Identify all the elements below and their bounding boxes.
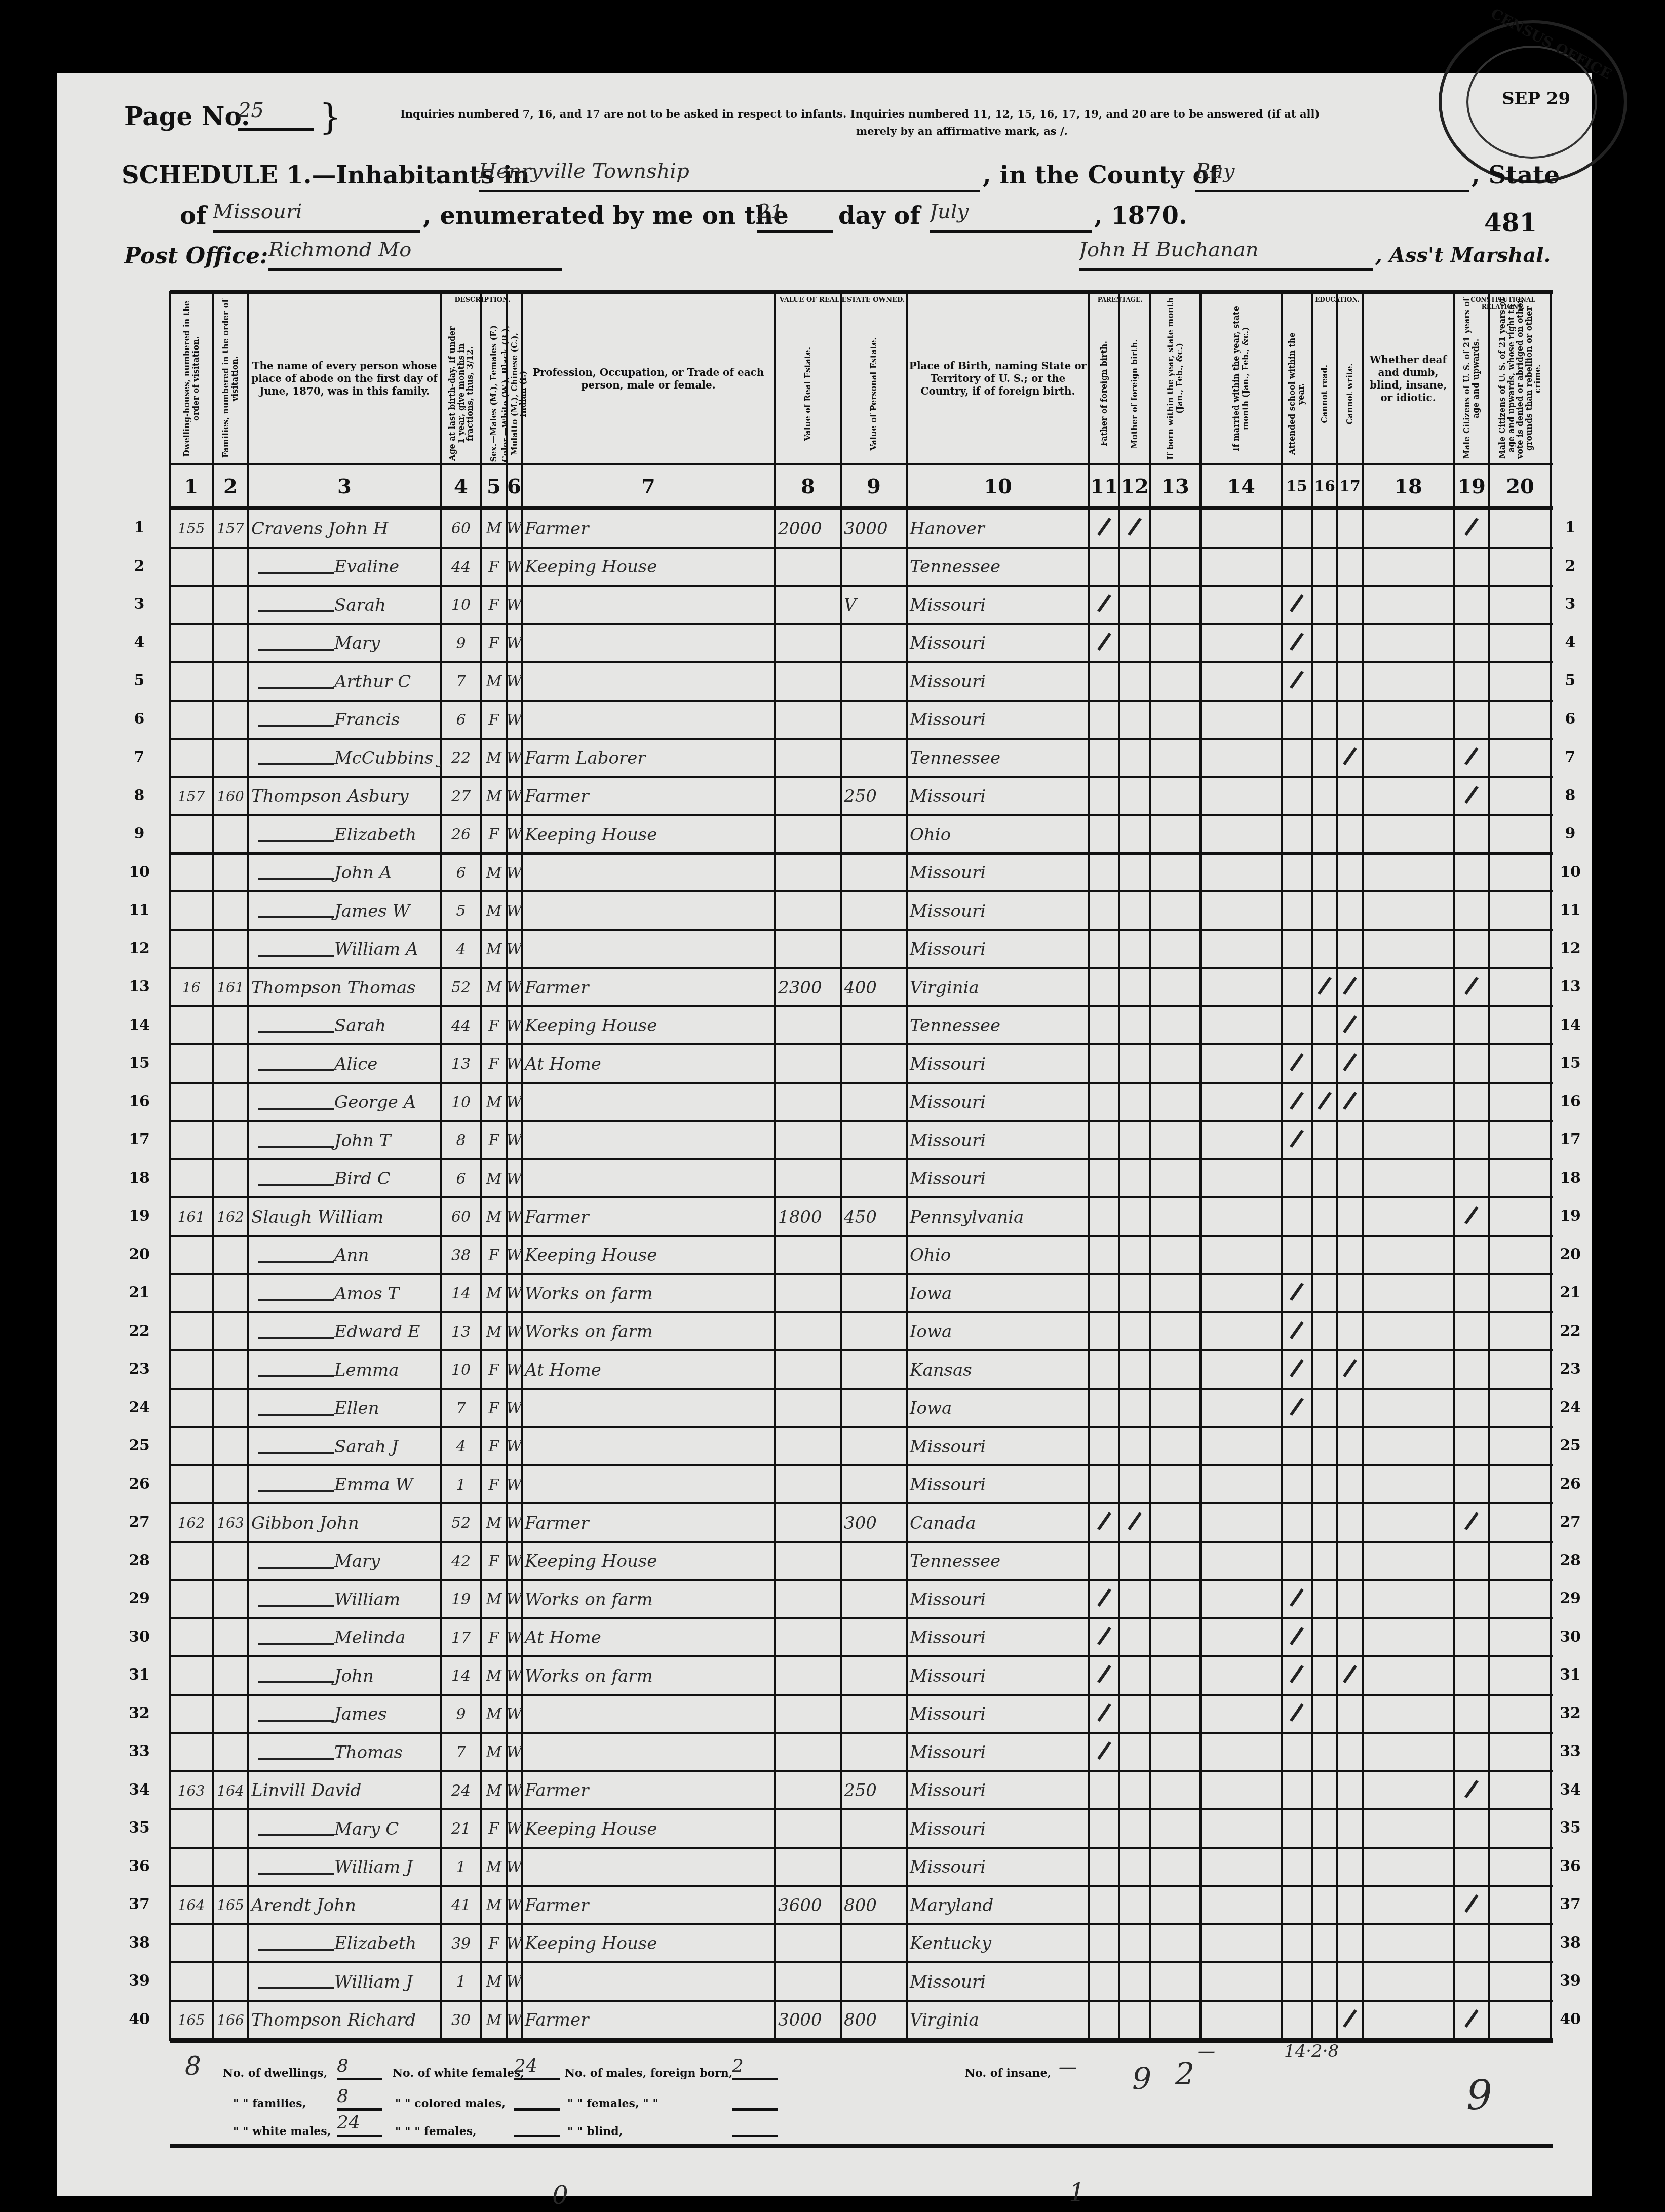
cell-sex: F	[481, 1351, 507, 1389]
cell-family	[213, 1389, 248, 1427]
cell-personal-estate	[841, 1925, 907, 1963]
cell-color: W	[507, 1198, 522, 1236]
cell-sex: M	[481, 1160, 507, 1198]
line-number-right: 31	[1555, 1666, 1585, 1684]
cell-birthplace: Missouri	[907, 1695, 1089, 1733]
cell-sex: M	[481, 968, 507, 1006]
cell-dwelling: 164	[170, 1886, 213, 1924]
cell-occupation: Works on farm	[522, 1580, 775, 1618]
line-number-right: 24	[1555, 1399, 1585, 1416]
column-header-label: Mother of foreign birth.	[1130, 339, 1139, 449]
cell-real-estate	[775, 1848, 841, 1886]
cell-birthplace: Missouri	[907, 586, 1089, 624]
cell-birthplace: Pennsylvania	[907, 1198, 1089, 1236]
cell-personal-estate	[841, 1007, 907, 1045]
cell-birthplace: Missouri	[907, 701, 1089, 739]
cell-occupation	[522, 1083, 775, 1121]
cell-age: 21	[441, 1810, 481, 1848]
cell-family	[213, 816, 248, 853]
cell-birthplace: Virginia	[907, 968, 1089, 1006]
cell-name: Slaugh William	[248, 1198, 441, 1236]
cell-occupation: Farmer	[522, 1772, 775, 1810]
cell-personal-estate	[841, 625, 907, 663]
cell-name: Sarah	[248, 586, 441, 624]
cell-personal-estate: 800	[841, 2001, 907, 2039]
column-number: 6	[507, 469, 522, 504]
column-rule	[1453, 291, 1455, 2041]
cell-real-estate	[775, 1733, 841, 1771]
cell-color: W	[507, 1045, 522, 1083]
cell-age: 8	[441, 1121, 481, 1159]
table-top-border	[170, 290, 1553, 294]
cell-dwelling	[170, 1236, 213, 1274]
column-header-label: Male Citizens of U. S. of 21 years of ag…	[1498, 294, 1542, 463]
cell-sex: F	[481, 1542, 507, 1580]
cell-color: W	[507, 778, 522, 816]
cell-sex: M	[481, 930, 507, 968]
cell-color: W	[507, 1427, 522, 1465]
cell-age: 19	[441, 1580, 481, 1618]
enumerated-label: , enumerated by me on the	[423, 202, 789, 230]
cell-age: 38	[441, 1236, 481, 1274]
cell-real-estate	[775, 1657, 841, 1695]
cell-family: 160	[213, 778, 248, 816]
cell-name: Linvill David	[248, 1772, 441, 1810]
cell-birthplace: Ohio	[907, 816, 1089, 853]
cell-real-estate	[775, 1504, 841, 1542]
line-number-right: 37	[1555, 1895, 1585, 1913]
column-header-18: Whether deaf and dumb, blind, insane, or…	[1363, 294, 1454, 463]
cell-personal-estate	[841, 1274, 907, 1312]
white-females-label: No. of white females,	[393, 2067, 524, 2080]
cell-dwelling	[170, 1733, 213, 1771]
cell-occupation	[522, 1121, 775, 1159]
cell-personal-estate	[841, 1121, 907, 1159]
cell-birthplace: Tennessee	[907, 1542, 1089, 1580]
cell-age: 17	[441, 1619, 481, 1657]
cell-real-estate	[775, 1351, 841, 1389]
cell-name: Elizabeth	[248, 1925, 441, 1963]
line-number-left: 20	[124, 1246, 154, 1263]
line-number-left: 10	[124, 863, 154, 881]
cell-age: 26	[441, 816, 481, 853]
cell-occupation: Farmer	[522, 778, 775, 816]
cell-sex: F	[481, 1925, 507, 1963]
cell-color: W	[507, 1121, 522, 1159]
column-number: 2	[213, 469, 248, 504]
cell-occupation: Keeping House	[522, 548, 775, 586]
column-number: 18	[1363, 469, 1454, 504]
cell-age: 30	[441, 2001, 481, 2039]
instructions-line-2: merely by an affirmative mark, as /.	[856, 125, 1068, 137]
cell-family	[213, 1045, 248, 1083]
cell-sex: M	[481, 892, 507, 930]
cell-color: W	[507, 1848, 522, 1886]
colnum-divider	[170, 506, 1553, 510]
cell-name: Evaline	[248, 548, 441, 586]
cell-dwelling: 163	[170, 1772, 213, 1810]
group-parentage: PARENTAGE.	[1090, 296, 1150, 303]
cell-color: W	[507, 1466, 522, 1504]
cell-age: 14	[441, 1657, 481, 1695]
cell-color: W	[507, 1733, 522, 1771]
cell-dwelling	[170, 1619, 213, 1657]
cell-dwelling: 16	[170, 968, 213, 1006]
cell-dwelling	[170, 1121, 213, 1159]
foreign-males-value: 2	[732, 2055, 778, 2080]
cell-personal-estate	[841, 816, 907, 853]
cell-dwelling	[170, 1351, 213, 1389]
line-number-right: 20	[1555, 1246, 1585, 1263]
cell-age: 7	[441, 1733, 481, 1771]
cell-occupation	[522, 663, 775, 701]
line-number-right: 23	[1555, 1360, 1585, 1378]
line-number-left: 38	[124, 1934, 154, 1952]
cell-personal-estate	[841, 1083, 907, 1121]
cell-dwelling	[170, 586, 213, 624]
line-number-left: 29	[124, 1589, 154, 1607]
column-header-1: Dwelling-houses, numbered in the order o…	[170, 294, 213, 463]
township-field: Henryville Township	[479, 160, 980, 192]
cell-name: William J	[248, 1963, 441, 2001]
cell-birthplace: Missouri	[907, 778, 1089, 816]
cell-color: W	[507, 1772, 522, 1810]
group-value-real-estate: VALUE OF REAL ESTATE OWNED.	[778, 296, 907, 304]
cell-color: W	[507, 1389, 522, 1427]
line-number-right: 6	[1555, 710, 1585, 728]
cell-sex: F	[481, 586, 507, 624]
cell-personal-estate	[841, 854, 907, 892]
cell-birthplace: Missouri	[907, 1619, 1089, 1657]
tally-col-14: —	[1198, 2041, 1215, 2062]
below-mark-2: 1	[1069, 2178, 1085, 2207]
cell-name: John T	[248, 1121, 441, 1159]
cell-real-estate	[775, 930, 841, 968]
cell-birthplace: Kentucky	[907, 1925, 1089, 1963]
cell-birthplace: Missouri	[907, 663, 1089, 701]
cell-name: Bird C	[248, 1160, 441, 1198]
cell-dwelling	[170, 1657, 213, 1695]
cell-family	[213, 586, 248, 624]
line-number-left: 8	[124, 787, 154, 804]
cell-birthplace: Missouri	[907, 1733, 1089, 1771]
column-header-label: Families, numbered in the order of visit…	[221, 294, 239, 463]
column-number: 20	[1489, 469, 1551, 504]
cell-sex: M	[481, 1274, 507, 1312]
cell-color: W	[507, 1236, 522, 1274]
cell-family	[213, 739, 248, 777]
cell-age: 1	[441, 1466, 481, 1504]
cell-dwelling	[170, 1160, 213, 1198]
cell-birthplace: Ohio	[907, 1236, 1089, 1274]
cell-family	[213, 701, 248, 739]
cell-birthplace: Missouri	[907, 1045, 1089, 1083]
cell-name: Thompson Richard	[248, 2001, 441, 2039]
cell-personal-estate: 450	[841, 1198, 907, 1236]
cell-age: 1	[441, 1848, 481, 1886]
cell-family	[213, 1313, 248, 1351]
cell-color: W	[507, 586, 522, 624]
cell-occupation: At Home	[522, 1045, 775, 1083]
cell-sex: F	[481, 1236, 507, 1274]
cell-sex: F	[481, 816, 507, 853]
column-header-16: Cannot read.	[1312, 324, 1337, 463]
column-number: 17	[1337, 469, 1363, 504]
group-constitutional: CONSTITUTIONAL RELATIONS.	[1455, 296, 1551, 311]
white-males-value: 24	[337, 2112, 382, 2137]
cell-occupation	[522, 854, 775, 892]
cell-birthplace: Missouri	[907, 1160, 1089, 1198]
cell-dwelling	[170, 701, 213, 739]
sheet-number: 481	[1484, 208, 1537, 238]
cell-occupation	[522, 1389, 775, 1427]
line-number-right: 11	[1555, 901, 1585, 919]
cell-sex: F	[481, 1427, 507, 1465]
cell-sex: M	[481, 1848, 507, 1886]
line-number-right: 3	[1555, 595, 1585, 613]
cell-age: 7	[441, 1389, 481, 1427]
dwellings-label: No. of dwellings,	[223, 2067, 327, 2080]
cell-color: W	[507, 2001, 522, 2039]
cell-occupation: Works on farm	[522, 1274, 775, 1312]
cell-birthplace: Iowa	[907, 1389, 1089, 1427]
cell-personal-estate: 400	[841, 968, 907, 1006]
cell-dwelling	[170, 663, 213, 701]
column-rule	[1488, 291, 1490, 2041]
colored-males-label: " " colored males,	[395, 2097, 506, 2110]
cell-age: 6	[441, 1160, 481, 1198]
column-header-label: Dwelling-houses, numbered in the order o…	[182, 294, 200, 463]
cell-birthplace: Missouri	[907, 1121, 1089, 1159]
cell-name: Lemma	[248, 1351, 441, 1389]
cell-family	[213, 663, 248, 701]
cell-personal-estate	[841, 1160, 907, 1198]
cell-birthplace: Tennessee	[907, 1007, 1089, 1045]
cell-name: Thompson Thomas	[248, 968, 441, 1006]
line-number-left: 37	[124, 1895, 154, 1913]
cell-sex: M	[481, 1083, 507, 1121]
column-number: 14	[1201, 469, 1282, 504]
cell-color: W	[507, 968, 522, 1006]
column-number: 1	[170, 469, 213, 504]
cell-real-estate	[775, 1236, 841, 1274]
cell-personal-estate	[841, 1236, 907, 1274]
cell-occupation: Keeping House	[522, 1925, 775, 1963]
cell-personal-estate: 250	[841, 1772, 907, 1810]
column-number: 4	[441, 469, 481, 504]
cell-age: 6	[441, 854, 481, 892]
cell-dwelling	[170, 930, 213, 968]
cell-birthplace: Iowa	[907, 1313, 1089, 1351]
cell-age: 13	[441, 1045, 481, 1083]
cell-real-estate	[775, 548, 841, 586]
white-females-value: 24	[514, 2055, 560, 2080]
state-label: , State	[1472, 161, 1560, 189]
cell-dwelling	[170, 1007, 213, 1045]
column-header-17: Cannot write.	[1337, 324, 1363, 463]
cell-personal-estate	[841, 1657, 907, 1695]
line-number-right: 29	[1555, 1589, 1585, 1607]
column-rule	[1362, 291, 1364, 2041]
cell-age: 5	[441, 892, 481, 930]
cell-age: 44	[441, 1007, 481, 1045]
cell-birthplace: Tennessee	[907, 739, 1089, 777]
cell-real-estate: 3000	[775, 2001, 841, 2039]
cell-family	[213, 1925, 248, 1963]
blind-label: " " blind,	[567, 2125, 623, 2138]
cell-name: Elizabeth	[248, 816, 441, 853]
column-rule	[1281, 291, 1283, 2041]
column-header-12: Mother of foreign birth.	[1119, 324, 1150, 463]
cell-name: Emma W	[248, 1466, 441, 1504]
line-number-left: 19	[124, 1207, 154, 1225]
column-header-4: Age at last birth-day. If under 1 year, …	[441, 324, 481, 463]
cell-personal-estate: 3000	[841, 510, 907, 548]
cell-real-estate	[775, 1542, 841, 1580]
cell-real-estate: 3600	[775, 1886, 841, 1924]
line-number-right: 19	[1555, 1207, 1585, 1225]
cell-dwelling	[170, 1466, 213, 1504]
page-no-label: Page No.	[124, 101, 250, 131]
cell-family	[213, 1083, 248, 1121]
cell-age: 13	[441, 1313, 481, 1351]
cell-age: 4	[441, 1427, 481, 1465]
cell-occupation: At Home	[522, 1619, 775, 1657]
cell-dwelling	[170, 1963, 213, 2001]
cell-age: 52	[441, 968, 481, 1006]
cell-sex: F	[481, 1045, 507, 1083]
cell-birthplace: Canada	[907, 1504, 1089, 1542]
line-number-left: 6	[124, 710, 154, 728]
cell-sex: M	[481, 510, 507, 548]
cell-occupation	[522, 586, 775, 624]
column-number: 13	[1150, 469, 1201, 504]
cell-sex: M	[481, 854, 507, 892]
cell-real-estate	[775, 1695, 841, 1733]
cell-personal-estate	[841, 663, 907, 701]
cell-occupation: Farm Laborer	[522, 739, 775, 777]
cell-occupation: At Home	[522, 1351, 775, 1389]
line-number-left: 28	[124, 1551, 154, 1569]
line-number-left: 22	[124, 1322, 154, 1340]
day-of-label: day of	[838, 202, 920, 230]
line-number-right: 14	[1555, 1016, 1585, 1034]
post-office-label: Post Office:	[124, 243, 268, 269]
line-number-left: 2	[124, 557, 154, 575]
cell-real-estate	[775, 625, 841, 663]
cell-real-estate	[775, 1045, 841, 1083]
line-number-right: 22	[1555, 1322, 1585, 1340]
cell-dwelling	[170, 854, 213, 892]
cell-occupation	[522, 701, 775, 739]
cell-color: W	[507, 1886, 522, 1924]
cell-birthplace: Missouri	[907, 625, 1089, 663]
line-number-left: 1	[124, 519, 154, 536]
line-number-right: 18	[1555, 1169, 1585, 1187]
cell-color: W	[507, 816, 522, 853]
cell-name: Alice	[248, 1045, 441, 1083]
cell-family	[213, 625, 248, 663]
line-number-left: 18	[124, 1169, 154, 1187]
cell-age: 60	[441, 510, 481, 548]
cell-dwelling	[170, 1695, 213, 1733]
cell-occupation: Works on farm	[522, 1657, 775, 1695]
cell-sex: M	[481, 1733, 507, 1771]
cell-occupation: Farmer	[522, 510, 775, 548]
dwellings-value: 8	[337, 2055, 382, 2080]
cell-occupation: Farmer	[522, 2001, 775, 2039]
column-header-2: Families, numbered in the order of visit…	[213, 294, 248, 463]
cell-family: 157	[213, 510, 248, 548]
cell-name: Ann	[248, 1236, 441, 1274]
line-number-left: 16	[124, 1093, 154, 1110]
cell-color: W	[507, 1542, 522, 1580]
cell-occupation: Farmer	[522, 1504, 775, 1542]
column-number: 5	[481, 469, 507, 504]
cell-color: W	[507, 510, 522, 548]
column-rule	[1118, 291, 1120, 2041]
cell-name: Cravens John H	[248, 510, 441, 548]
column-header-label: Age at last birth-day. If under 1 year, …	[448, 324, 475, 463]
cell-real-estate	[775, 1007, 841, 1045]
cell-name: Amos T	[248, 1274, 441, 1312]
schedule-label: SCHEDULE 1.—Inhabitants in	[122, 161, 530, 189]
cell-name: Arendt John	[248, 1886, 441, 1924]
day-field: 21	[757, 200, 833, 233]
cell-age: 44	[441, 548, 481, 586]
column-header-label: Value of Real Estate.	[803, 347, 812, 441]
cell-family	[213, 1274, 248, 1312]
line-number-right: 35	[1555, 1819, 1585, 1837]
cell-occupation: Works on farm	[522, 1313, 775, 1351]
cell-personal-estate	[841, 1045, 907, 1083]
column-number: 11	[1089, 469, 1119, 504]
column-rule	[1199, 291, 1202, 2041]
cell-dwelling: 161	[170, 1198, 213, 1236]
cell-sex: M	[481, 1198, 507, 1236]
column-header-label: Sex.—Males (M.), Females (F.)	[489, 325, 498, 462]
cell-sex: M	[481, 1580, 507, 1618]
line-number-left: 34	[124, 1781, 154, 1799]
cell-occupation	[522, 625, 775, 663]
cell-real-estate	[775, 816, 841, 853]
cell-family	[213, 892, 248, 930]
line-number-right: 36	[1555, 1857, 1585, 1875]
cell-age: 6	[441, 701, 481, 739]
cell-occupation: Farmer	[522, 1198, 775, 1236]
column-header-label: Place of Birth, naming State or Territor…	[909, 360, 1087, 398]
cell-sex: M	[481, 1313, 507, 1351]
cell-age: 9	[441, 1695, 481, 1733]
cell-name: Mary	[248, 1542, 441, 1580]
cell-occupation	[522, 930, 775, 968]
column-header-6: Color.—White (W.), Black (B.), Mulatto (…	[507, 324, 522, 463]
colored-males-value	[514, 2086, 560, 2111]
cell-personal-estate: 800	[841, 1886, 907, 1924]
column-header-label: Father of foreign birth.	[1100, 341, 1109, 446]
tally-col-12: 2	[1175, 2056, 1194, 2092]
line-number-right: 17	[1555, 1131, 1585, 1148]
line-number-left: 25	[124, 1437, 154, 1454]
tally-col-11: 9	[1132, 2062, 1151, 2097]
cell-dwelling	[170, 1313, 213, 1351]
cell-birthplace: Iowa	[907, 1274, 1089, 1312]
column-header-label: Value of Personal Estate.	[869, 337, 878, 451]
cell-personal-estate	[841, 548, 907, 586]
cell-age: 10	[441, 586, 481, 624]
cell-personal-estate	[841, 1733, 907, 1771]
cell-personal-estate	[841, 1619, 907, 1657]
